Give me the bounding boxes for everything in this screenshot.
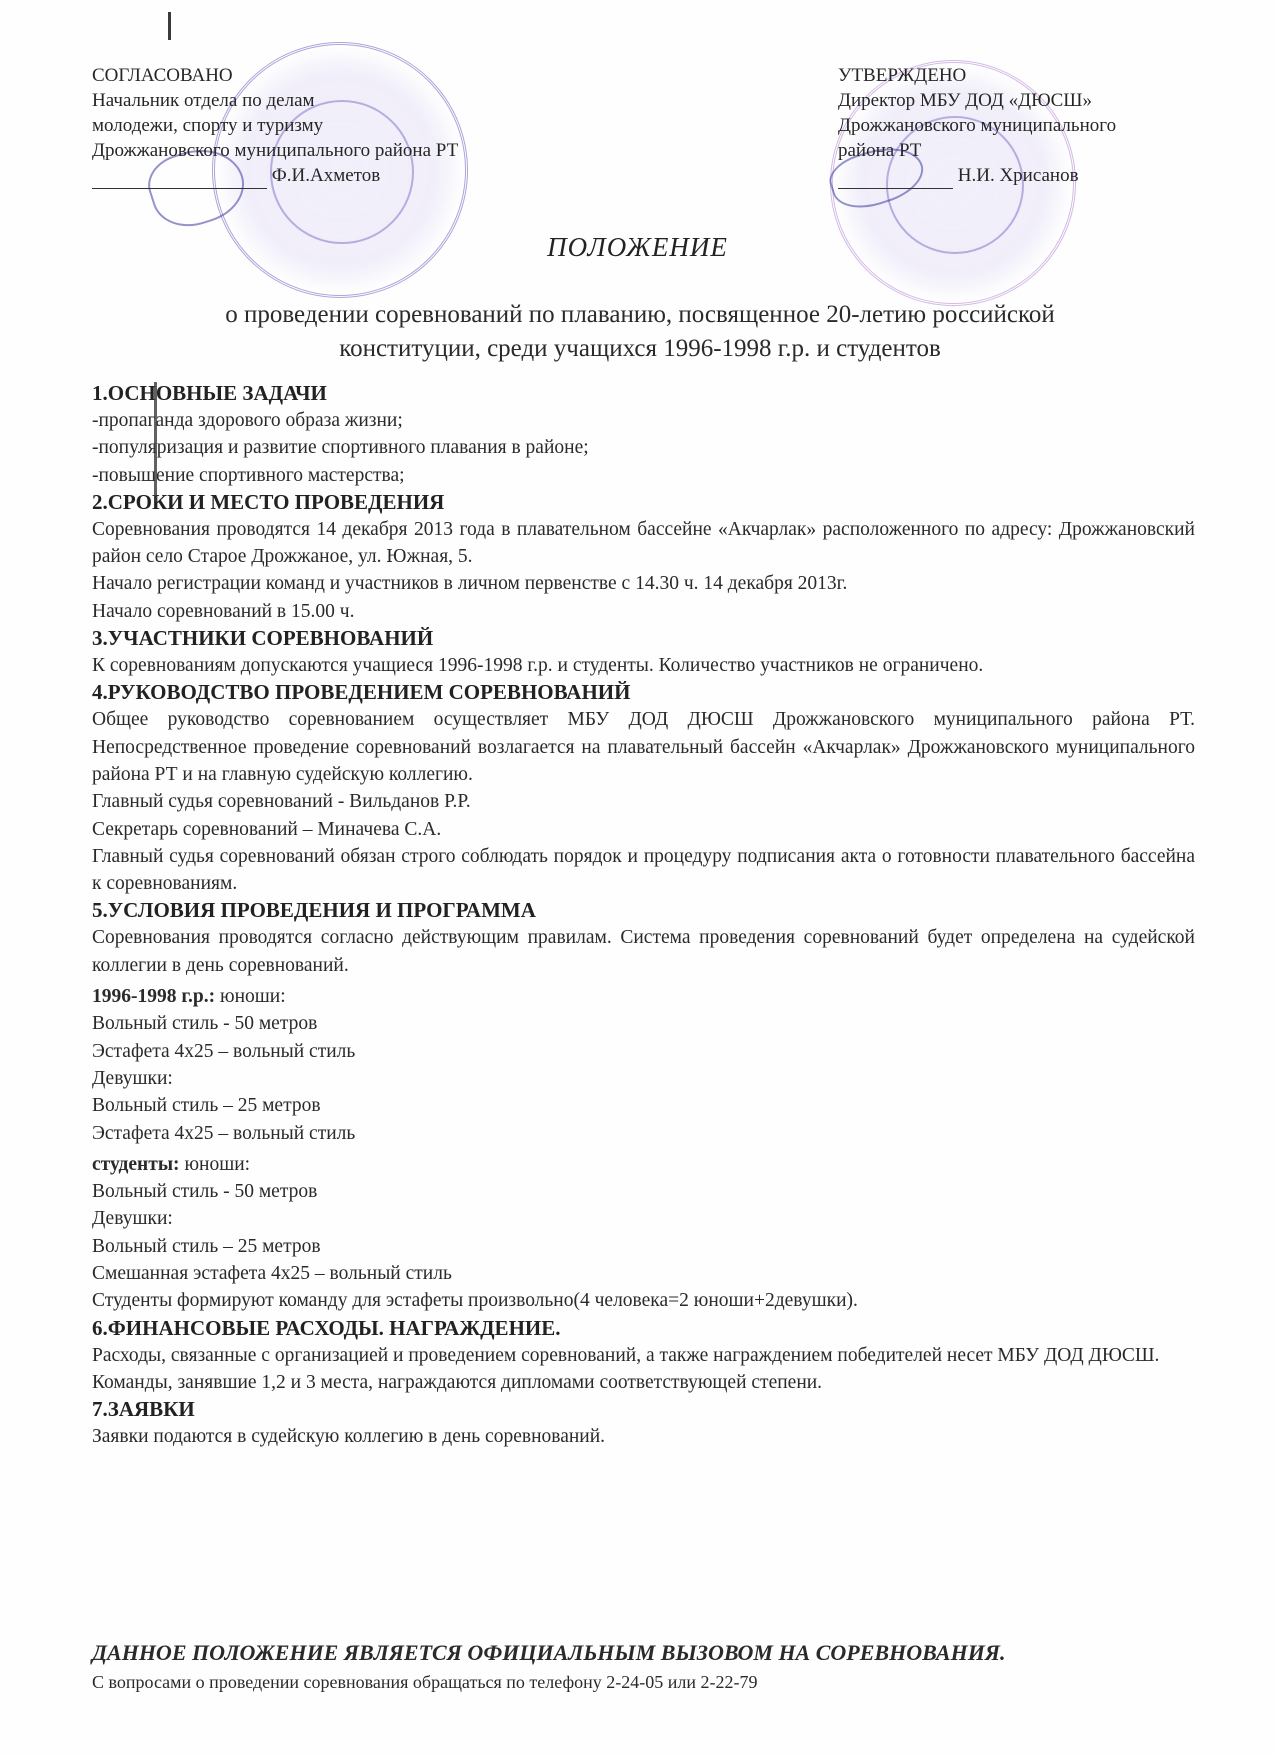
pen-mark-margin [154, 382, 157, 502]
section-participants: 3.УЧАСТНИКИ СОРЕВНОВАНИЙ К соревнованиям… [92, 625, 1195, 679]
agreed-label: СОГЛАСОВАНО [92, 63, 458, 88]
group-boys-label: юноши: [180, 1154, 251, 1175]
program-item: Смешанная эстафета 4х25 – вольный стиль [92, 1260, 1195, 1287]
paragraph: Начало соревнований в 15.00 ч. [92, 598, 1195, 625]
paragraph: К соревнованиям допускаются учащиеся 199… [92, 652, 1195, 679]
paragraph: Расходы, связанные с организацией и пров… [92, 1342, 1195, 1369]
program-group-schoolchildren: 1996-1998 г.р.: юноши: [92, 983, 1195, 1010]
section-heading: 5.УСЛОВИЯ ПРОВЕДЕНИЯ И ПРОГРАММА [92, 897, 1195, 924]
paragraph: Заявки подаются в судейскую коллегию в д… [92, 1423, 1195, 1450]
official-notice: ДАННОЕ ПОЛОЖЕНИЕ ЯВЛЯЕТСЯ ОФИЦИАЛЬНЫМ ВЫ… [92, 1640, 1005, 1666]
agreed-signature-name: Ф.И.Ахметов [272, 165, 380, 186]
section-conditions-program: 5.УСЛОВИЯ ПРОВЕДЕНИЯ И ПРОГРАММА Соревно… [92, 897, 1195, 1314]
section-heading: 2.СРОКИ И МЕСТО ПРОВЕДЕНИЯ [92, 489, 1195, 516]
chief-judge: Главный судья соревнований - Вильданов Р… [92, 788, 1195, 815]
section-management: 4.РУКОВОДСТВО ПРОВЕДЕНИЕМ СОРЕВНОВАНИЙ О… [92, 679, 1195, 897]
section-heading: 3.УЧАСТНИКИ СОРЕВНОВАНИЙ [92, 625, 1195, 652]
program-group-students: студенты: юноши: [92, 1151, 1195, 1178]
pen-mark-top [168, 12, 171, 40]
approval-block-approved: УТВЕРЖДЕНО Директор МБУ ДОД «ДЮСШ» Дрожж… [838, 63, 1116, 189]
paragraph: Главный судья соревнований обязан строго… [92, 843, 1195, 898]
goal-item: -повышение спортивного мастерства; [92, 462, 1195, 489]
program-item: Девушки: [92, 1205, 1195, 1232]
section-heading: 6.ФИНАНСОВЫЕ РАСХОДЫ. НАГРАЖДЕНИЕ. [92, 1315, 1195, 1342]
paragraph: Соревнования проводятся согласно действу… [92, 924, 1195, 979]
program-item: Вольный стиль - 50 метров [92, 1010, 1195, 1037]
document-title: ПОЛОЖЕНИЕ [0, 232, 1275, 263]
program-item: Эстафета 4х25 – вольный стиль [92, 1120, 1195, 1147]
group-label: 1996-1998 г.р.: [92, 986, 215, 1007]
program-item: Вольный стиль – 25 метров [92, 1233, 1195, 1260]
group-label: студенты: [92, 1154, 180, 1175]
secretary: Секретарь соревнований – Миначева С.А. [92, 816, 1195, 843]
section-main-goals: 1.ОСНОВНЫЕ ЗАДАЧИ -пропаганда здорового … [92, 380, 1195, 489]
section-heading: 1.ОСНОВНЫЕ ЗАДАЧИ [92, 380, 1195, 407]
program-item: Студенты формируют команду для эстафеты … [92, 1287, 1195, 1314]
document-subtitle: о проведении соревнований по плаванию, п… [130, 298, 1150, 366]
program-item: Вольный стиль - 50 метров [92, 1178, 1195, 1205]
subtitle-line-1: о проведении соревнований по плаванию, п… [130, 298, 1150, 332]
section-dates-place: 2.СРОКИ И МЕСТО ПРОВЕДЕНИЯ Соревнования … [92, 489, 1195, 625]
approved-signature-row: Н.И. Хрисанов [838, 163, 1116, 189]
approved-line-2: Дрожжановского муниципального [838, 113, 1116, 138]
agreed-line-2: молодежи, спорту и туризму [92, 113, 458, 138]
section-heading: 7.ЗАЯВКИ [92, 1396, 1195, 1423]
contact-phones: С вопросами о проведении соревнования об… [92, 1672, 758, 1693]
subtitle-line-2: конституции, среди учащихся 1996-1998 г.… [130, 332, 1150, 366]
program-item: Девушки: [92, 1065, 1195, 1092]
program-item: Вольный стиль – 25 метров [92, 1092, 1195, 1119]
program-item: Эстафета 4х25 – вольный стиль [92, 1038, 1195, 1065]
approval-block-agreed: СОГЛАСОВАНО Начальник отдела по делам мо… [92, 63, 458, 189]
paragraph: Соревнования проводятся 14 декабря 2013 … [92, 516, 1195, 571]
approved-line-1: Директор МБУ ДОД «ДЮСШ» [838, 88, 1116, 113]
signature-line [92, 163, 267, 189]
approved-signature-name: Н.И. Хрисанов [958, 165, 1079, 186]
document-body: 1.ОСНОВНЫЕ ЗАДАЧИ -пропаганда здорового … [92, 380, 1195, 1451]
paragraph: Общее руководство соревнованием осуществ… [92, 706, 1195, 788]
signature-line [838, 163, 953, 189]
section-applications: 7.ЗАЯВКИ Заявки подаются в судейскую кол… [92, 1396, 1195, 1450]
paragraph: Начало регистрации команд и участников в… [92, 570, 1195, 597]
goal-item: -пропаганда здорового образа жизни; [92, 407, 1195, 434]
document-page: СОГЛАСОВАНО Начальник отдела по делам мо… [0, 0, 1275, 1755]
approved-line-3: района РТ [838, 138, 1116, 163]
section-finance-awards: 6.ФИНАНСОВЫЕ РАСХОДЫ. НАГРАЖДЕНИЕ. Расхо… [92, 1315, 1195, 1397]
paragraph: Команды, занявшие 1,2 и 3 места, награжд… [92, 1369, 1195, 1396]
section-heading: 4.РУКОВОДСТВО ПРОВЕДЕНИЕМ СОРЕВНОВАНИЙ [92, 679, 1195, 706]
goal-item: -популяризация и развитие спортивного пл… [92, 434, 1195, 461]
agreed-line-1: Начальник отдела по делам [92, 88, 458, 113]
agreed-signature-row: Ф.И.Ахметов [92, 163, 458, 189]
group-boys-label: юноши: [215, 986, 286, 1007]
approved-label: УТВЕРЖДЕНО [838, 63, 1116, 88]
agreed-line-3: Дрожжановского муниципального района РТ [92, 138, 458, 163]
